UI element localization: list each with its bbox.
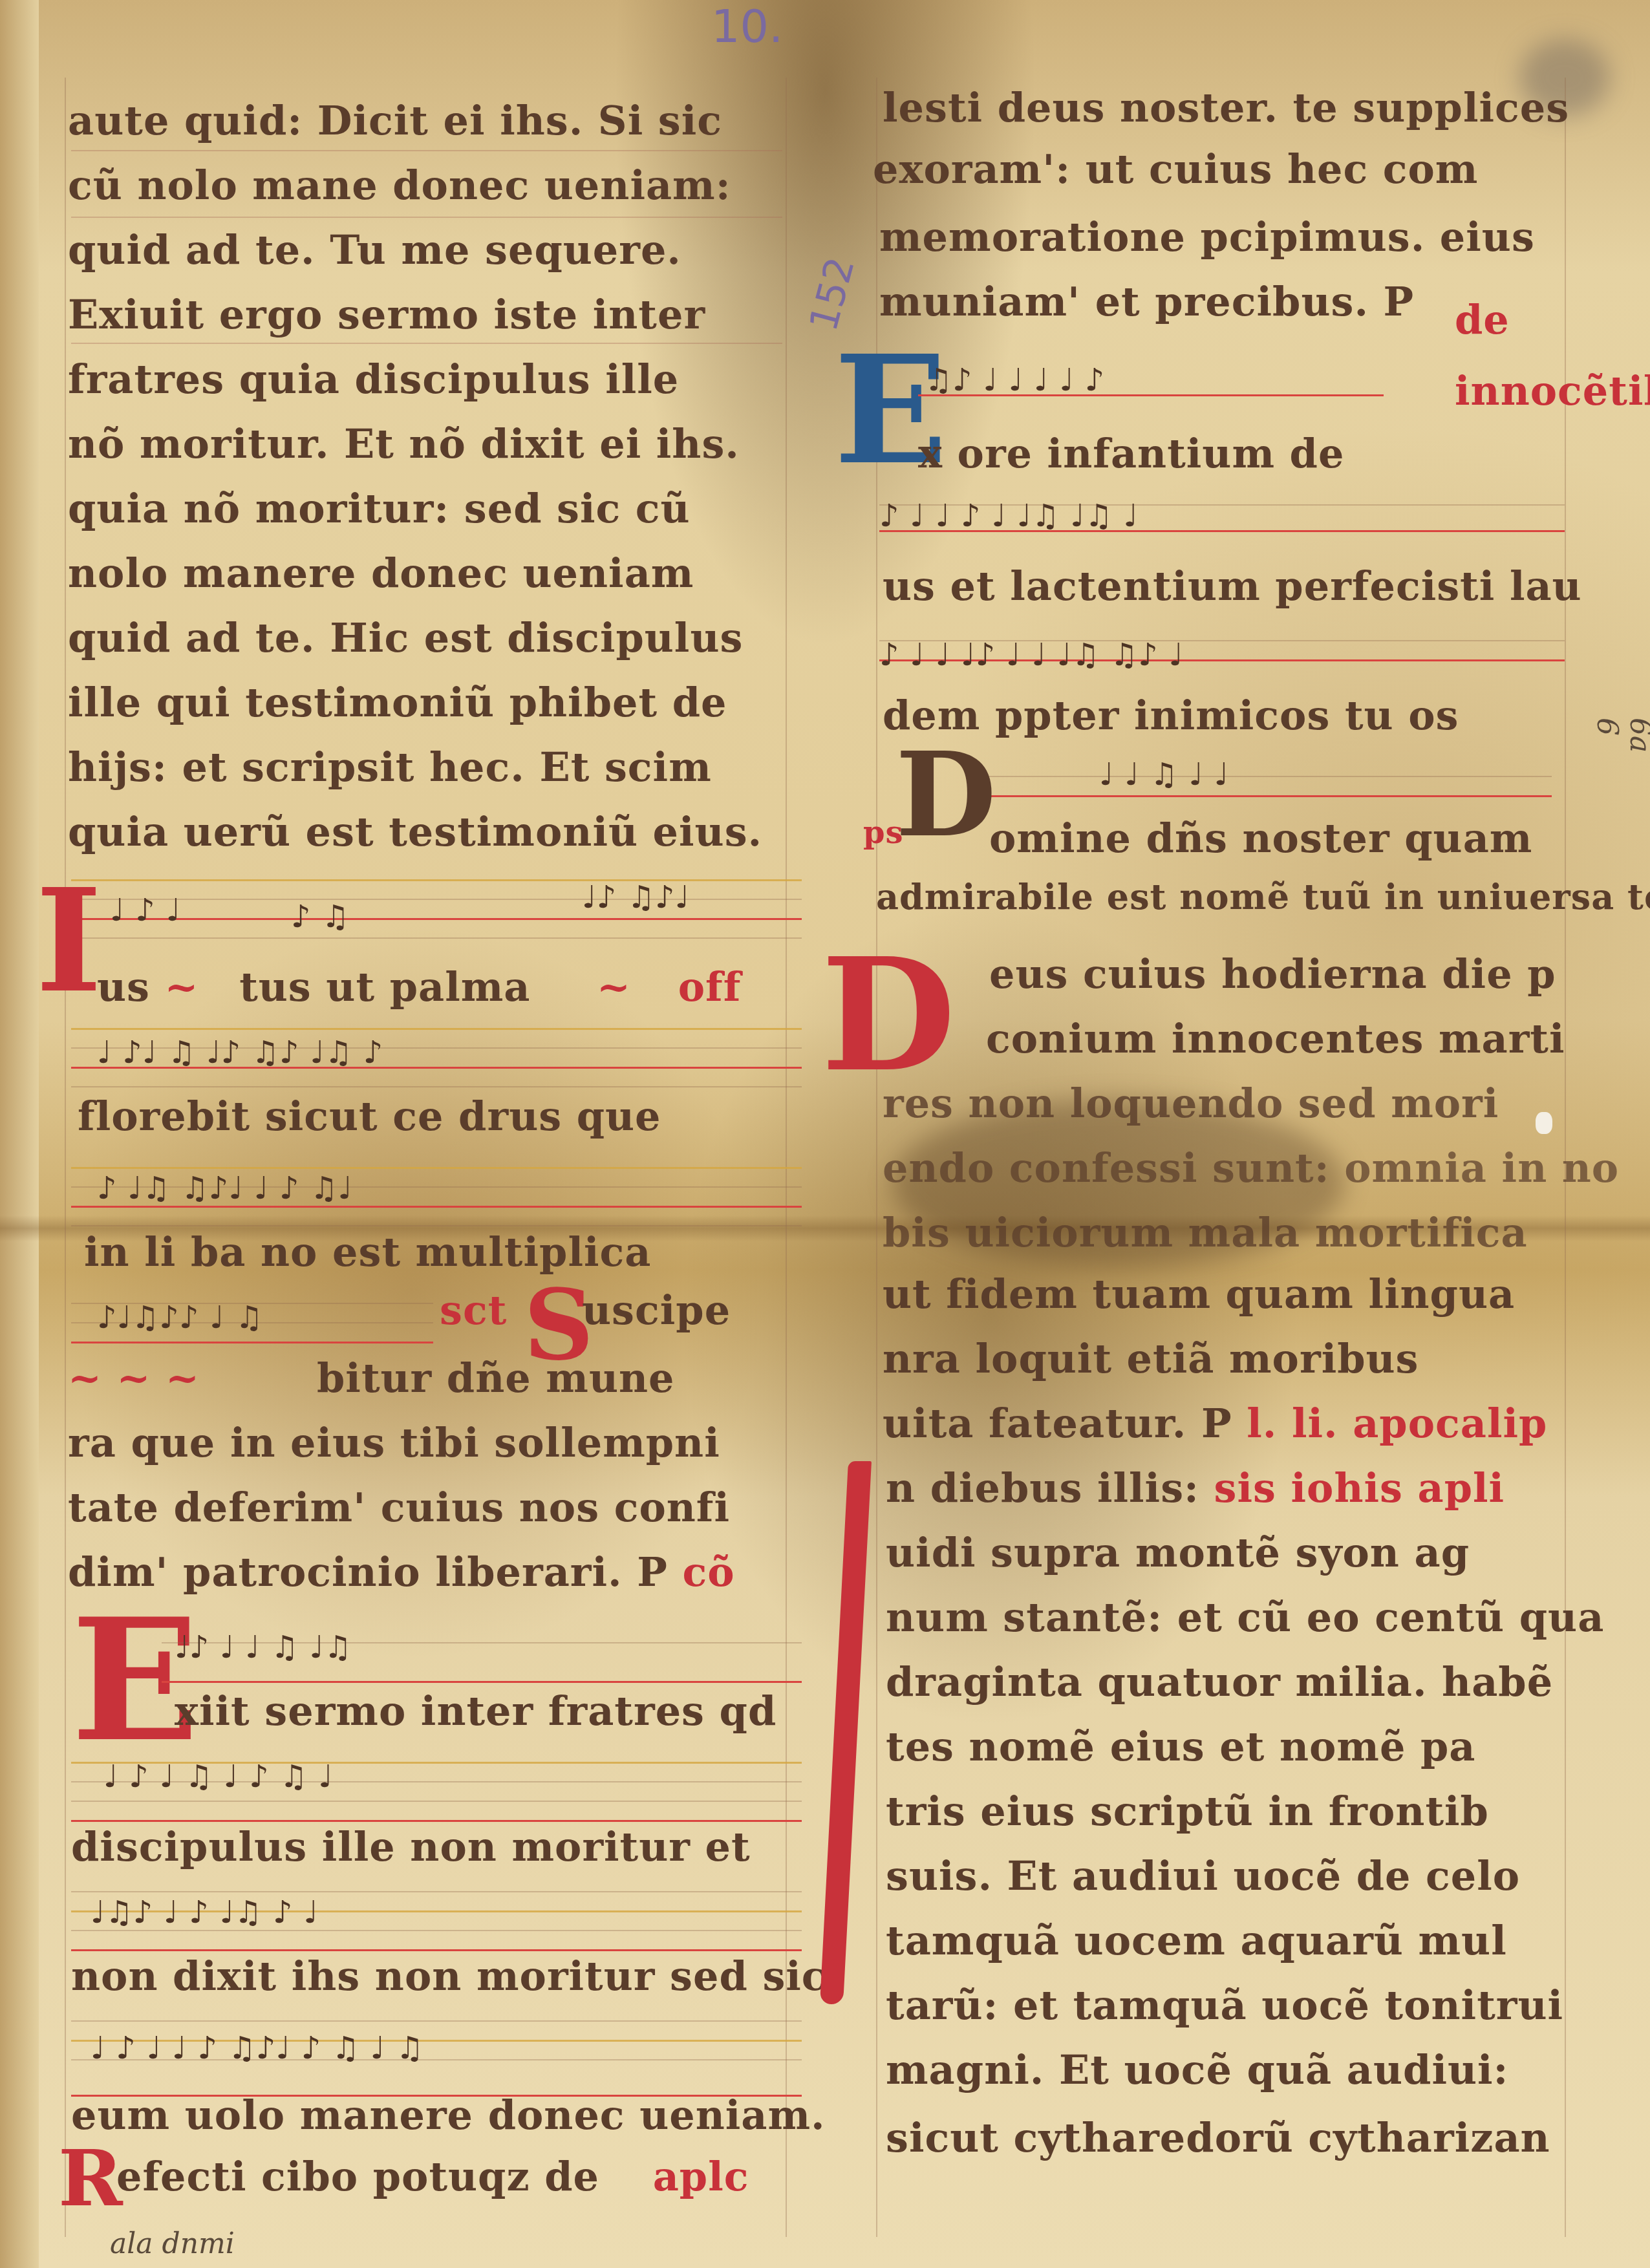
text-line: quia uerũ est testimoniũ eius. xyxy=(68,808,762,855)
initial-r-red: R xyxy=(58,2140,123,2218)
text-line: quia nõ moritur: sed sic cũ xyxy=(68,485,691,532)
initial-d-red: D xyxy=(821,937,956,1093)
text-line: quid ad te. Tu me sequere. xyxy=(68,226,681,273)
text-line: endo confessi sunt: omnia in no xyxy=(883,1144,1619,1192)
music-staff xyxy=(970,776,1552,808)
text-line: Exiuit ergo sermo iste inter xyxy=(68,291,705,338)
rubric-de-innocentibus: de innocẽtibus xyxy=(1455,284,1552,427)
text-line: n diebus illis: sis iohis apli xyxy=(886,1464,1505,1512)
margin-note-right: 6a 6 xyxy=(1591,718,1650,771)
rubric-iohis-apli: sis iohis apli xyxy=(1214,1464,1505,1512)
neume: ♩ ♩ ♫ ♩ ♩ xyxy=(1099,756,1228,793)
text-line: ille qui testimoniũ phibet de xyxy=(68,679,727,726)
text-line: eum uolo manere donec ueniam. xyxy=(71,2091,826,2139)
text-line: num stantẽ: et cũ eo centũ qua xyxy=(886,1594,1604,1641)
neume: ♩♫♪ ♩ ♪ ♩♫ ♪ ♩ xyxy=(91,1894,318,1931)
text-line: muniam' et precibus. P xyxy=(879,278,1414,325)
text-line: uidi supra montẽ syon ag xyxy=(886,1529,1470,1576)
rubric-lectio: l. li. apocalip xyxy=(1247,1400,1547,1447)
text-line: lesti deus noster. te supplices xyxy=(883,84,1569,131)
rubric-off: off xyxy=(678,963,742,1011)
text-line: ut fidem tuam quam lingua xyxy=(883,1270,1515,1318)
text-line: res non loquendo sed mori xyxy=(883,1080,1499,1127)
neume: ♩ ♪ ♩ xyxy=(110,892,180,928)
text-line: tris eius scriptũ in frontib xyxy=(886,1788,1489,1835)
ruling xyxy=(71,217,782,218)
neume: ♪ ♩♫ ♫♪♩ ♩ ♪ ♫♩ xyxy=(97,1170,352,1206)
initial-i-red: I xyxy=(36,870,102,1012)
neume: ♪♩♫♪♪ ♩ ♫ xyxy=(97,1300,263,1336)
text-line: conium innocentes marti xyxy=(986,1015,1565,1062)
text-line: nra loquit etiã moribus xyxy=(883,1335,1419,1382)
neume: ♩♪ ♩ ♩ ♫ ♩♫ xyxy=(175,1629,352,1665)
neume: ♪ ♩ ♩ ♪ ♩ ♩♫ ♩♫ ♩ xyxy=(879,498,1138,534)
text-line: draginta quatuor milia. habẽ xyxy=(886,1658,1553,1706)
text-line: aute quid: Dicit ei ihs. Si sic xyxy=(68,97,722,144)
text-line: discipulus ille non moritur et xyxy=(71,1823,751,1870)
pencil-foliation: 10. xyxy=(711,0,783,53)
text-line: tate deferim' cuius nos confi xyxy=(68,1484,730,1531)
music-staff xyxy=(71,873,802,950)
text-line: admirabile est nomẽ tuũ in uniuersa terr… xyxy=(876,876,1650,917)
margin-note-bottom: ala dnmi xyxy=(110,2227,235,2260)
text-line: quid ad te. Hic est discipulus xyxy=(68,614,743,661)
text-line: xiit sermo inter fratres qd xyxy=(175,1687,777,1735)
neume: ♩ ♪♩ ♫ ♩♪ ♫♪ ♩♫ ♪ xyxy=(97,1034,383,1071)
text-line: hijs: et scripsit hec. Et scim xyxy=(68,744,712,791)
text-line: eus cuius hodierna die p xyxy=(989,950,1556,998)
text-line: sicut cytharedorũ cytharizan xyxy=(886,2114,1550,2161)
rubric-co: cõ xyxy=(682,1548,734,1596)
text-line: exoram': ut cuius hec com xyxy=(873,145,1478,193)
text-line: non dixit ihs non moritur sed sic xyxy=(71,1952,827,2000)
text-line: ra que in eius tibi sollempni xyxy=(68,1419,720,1466)
dash: ~ xyxy=(165,963,214,1011)
parchment-hole xyxy=(1536,1112,1552,1134)
text-line: uscipe xyxy=(582,1287,731,1334)
chant-text: florebit sicut ce drus que xyxy=(78,1093,661,1140)
text-line: magni. Et uocẽ quã audiui: xyxy=(886,2046,1508,2093)
ruling xyxy=(71,150,782,151)
text-line: x ore infantium de xyxy=(918,430,1344,477)
dash: ~ ~ ~ xyxy=(68,1354,200,1402)
text-line: tamquã uocem aquarũ mul xyxy=(886,1917,1507,1964)
rubric-sct: sct xyxy=(440,1287,507,1334)
text-line: fratres quia discipulus ille xyxy=(68,356,679,403)
neume: ♪ ♫ xyxy=(291,899,349,935)
text-line: efecti cibo potuqz de aplc xyxy=(116,2153,749,2200)
ruling xyxy=(71,343,782,344)
neume: ♩ ♪ ♩ ♩ ♪ ♫♪♩ ♪ ♫ ♩ ♫ xyxy=(91,2030,423,2066)
neume: ♫♪ ♩ ♩ ♩ ♩ ♪ xyxy=(925,362,1104,398)
text-line: us et lactentium perfecisti lau xyxy=(883,562,1582,610)
rubric-aplc: aplc xyxy=(653,2153,749,2200)
neume: ♩ ♪ ♩ ♫ ♩ ♪ ♫ ♩ xyxy=(103,1759,333,1795)
initial-d-brown: D xyxy=(895,737,996,853)
text-line: suis. Et audiui uocẽ de celo xyxy=(886,1852,1520,1899)
neume: ♩♪ ♫♪♩ xyxy=(582,879,689,915)
text-line: omine dñs noster quam xyxy=(989,815,1532,862)
leaf-edge xyxy=(0,0,39,2268)
column-rule xyxy=(65,78,66,2237)
text-line: nolo manere donec ueniam xyxy=(68,550,694,597)
text-line: tes nomẽ eius et nomẽ pa xyxy=(886,1723,1475,1770)
text-line: tarũ: et tamquã uocẽ tonitrui xyxy=(886,1982,1563,2029)
chant-text: us ~ tus ut palma ~ off xyxy=(97,963,741,1011)
text-line: memoratione pcipimus. eius xyxy=(879,213,1535,261)
neume: ♪ ♩ ♩ ♩♪ ♩ ♩ ♩♫ ♫♪ ♩ xyxy=(879,637,1183,673)
dash: ~ xyxy=(597,963,646,1011)
text-line: bitur dñe mune xyxy=(317,1354,675,1402)
text-line: cũ nolo mane donec ueniam: xyxy=(68,162,731,209)
text-line: uita fateatur. P l. li. apocalip xyxy=(883,1400,1547,1447)
text-line: nõ moritur. Et nõ dixit ei ihs. xyxy=(68,420,740,467)
text-line: bis uiciorum mala mortifica xyxy=(883,1209,1528,1256)
